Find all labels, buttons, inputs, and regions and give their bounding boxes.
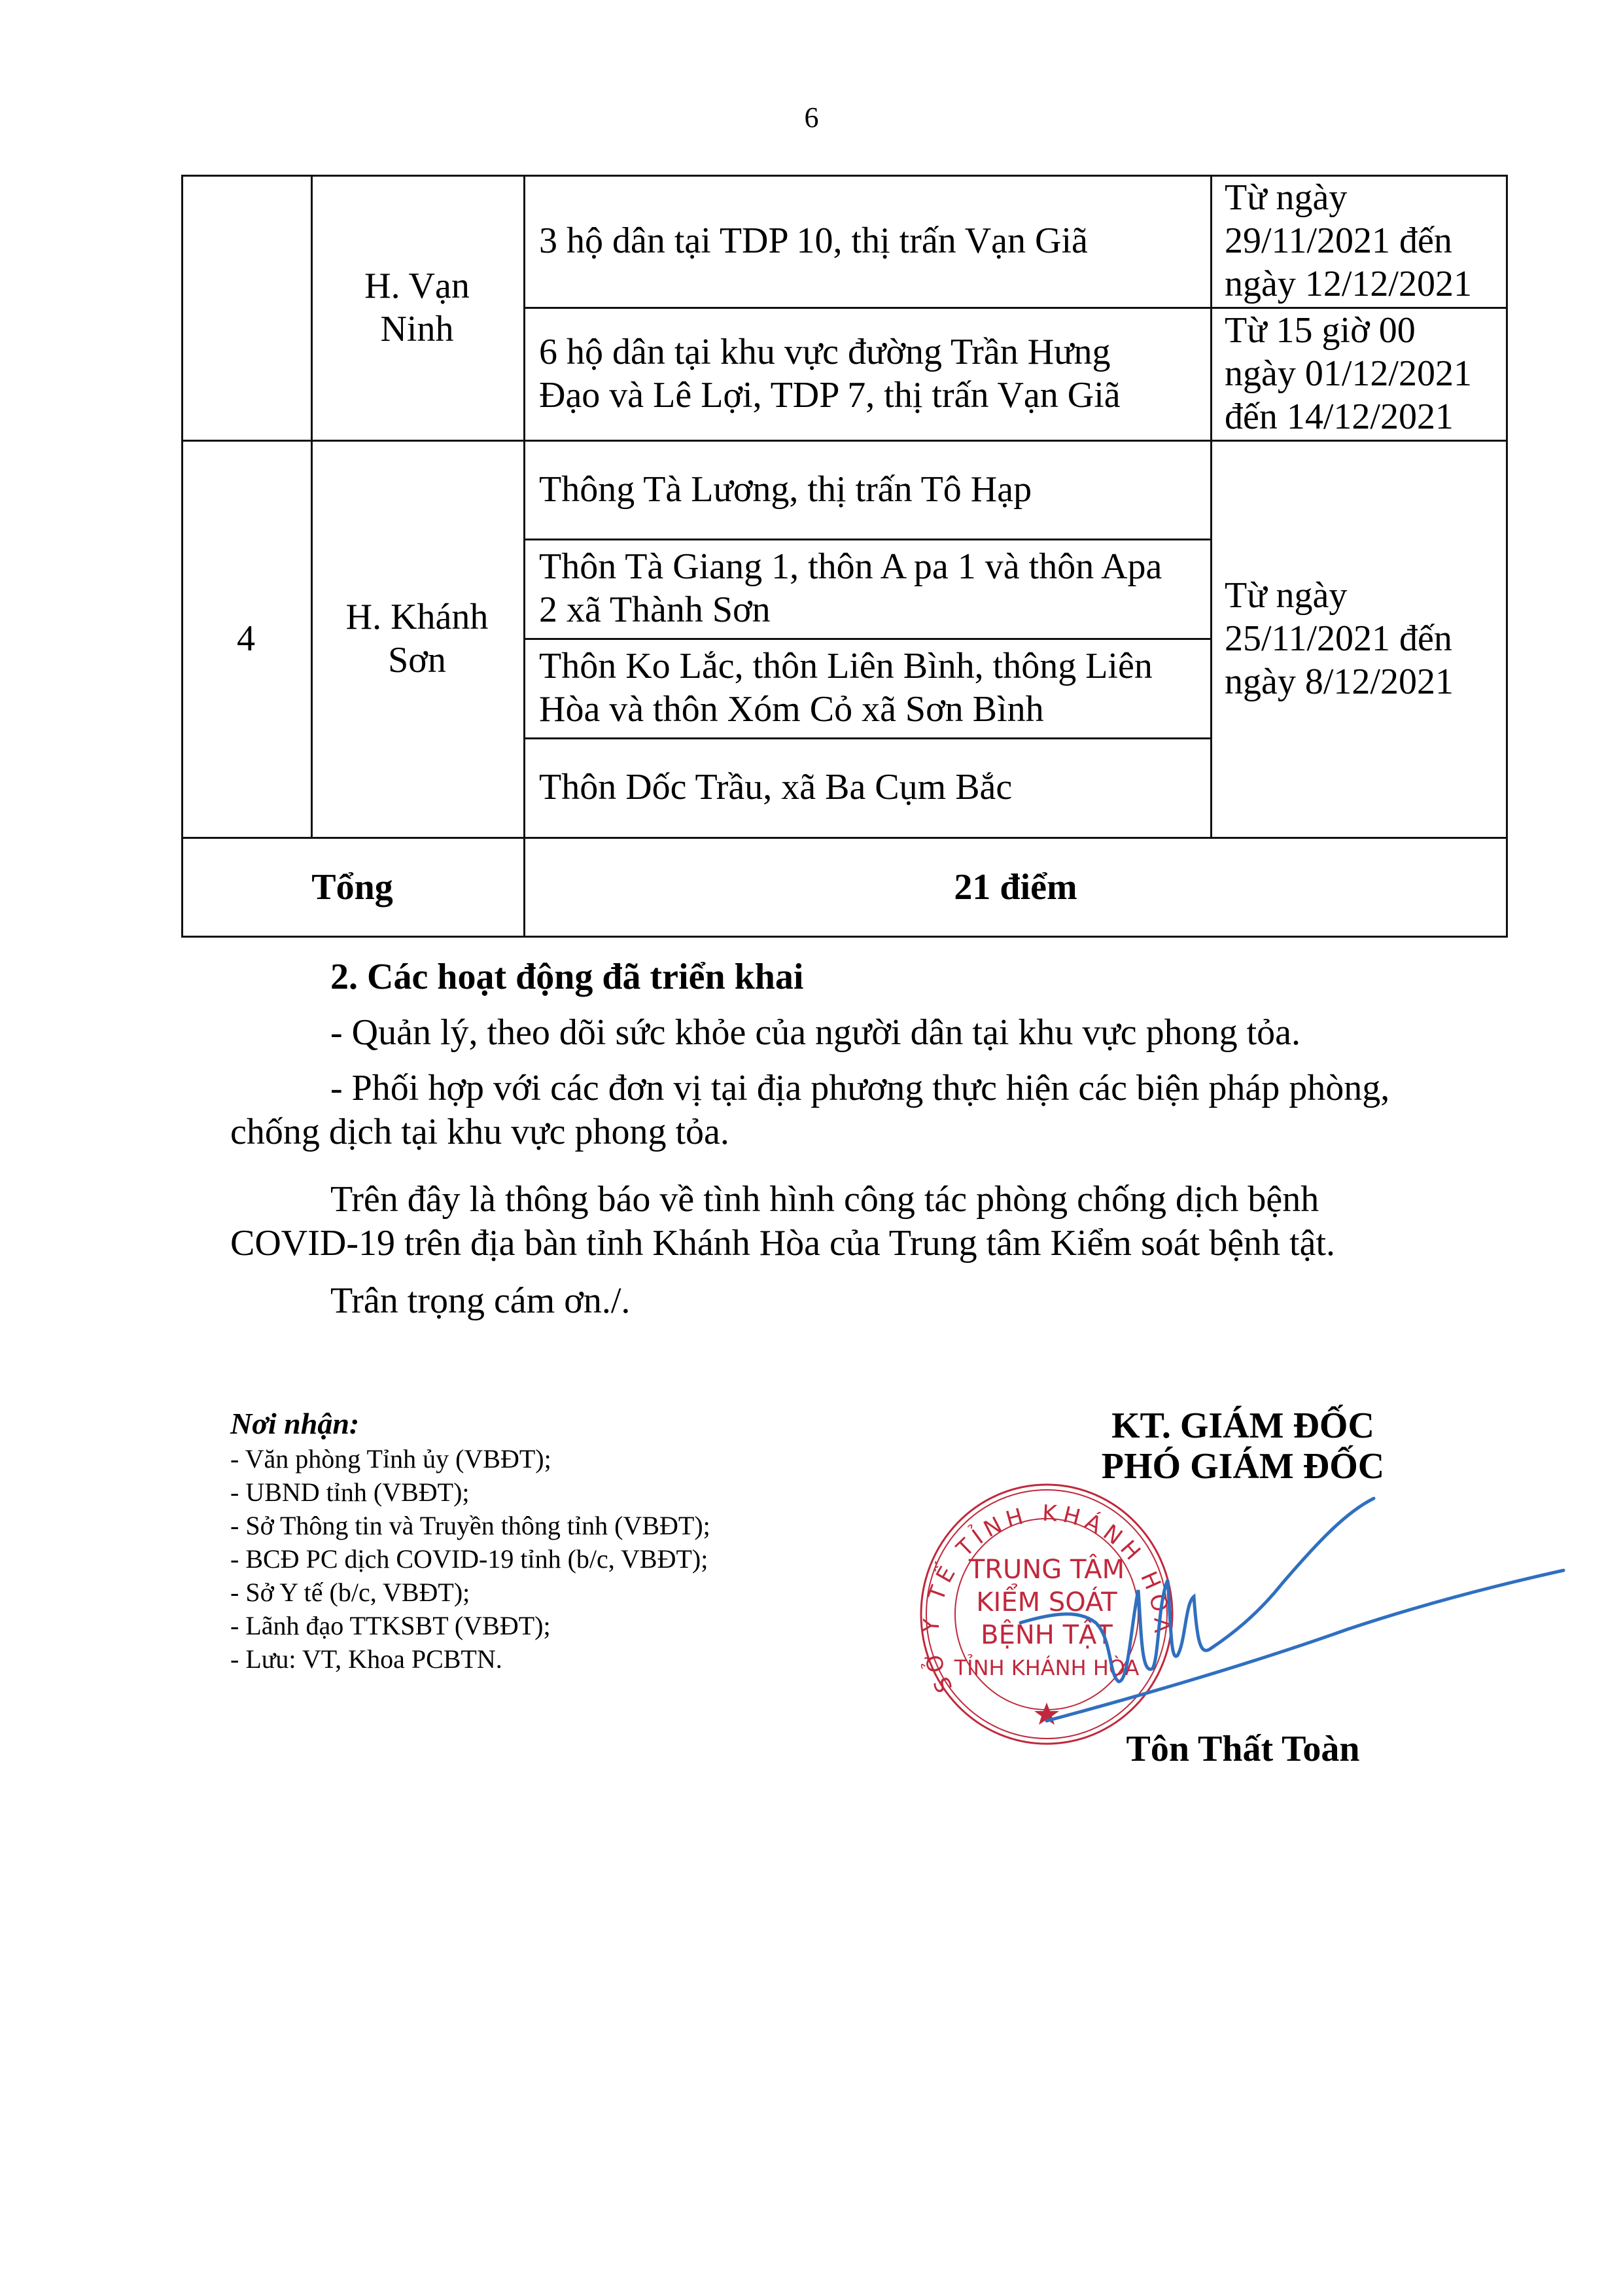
activity-item: - Phối hợp với các đơn vị tại địa phương… [330, 1067, 1389, 1110]
handwritten-signature-icon [981, 1485, 1583, 1760]
district-line: Ninh [364, 308, 470, 351]
section-heading: 2. Các hoạt động đã triển khai [330, 955, 803, 998]
period-line: ngày 12/12/2021 [1225, 262, 1472, 306]
district-line: H. Vạn [364, 264, 470, 308]
table-cell-district: H. KhánhSơn [311, 440, 523, 837]
location-line: 6 hộ dân tại khu vực đường Trần Hưng [539, 330, 1121, 374]
table-cell-period: Từ 15 giờ 00 ngày 01/12/2021 đến 14/12/2… [1210, 307, 1508, 440]
period-line: 25/11/2021 đến [1225, 617, 1454, 660]
location-line: 3 hộ dân tại TDP 10, thị trấn Vạn Giã [539, 219, 1088, 262]
recipient-item: - Sở Thông tin và Truyền thông tỉnh (VBĐ… [230, 1509, 710, 1542]
location-line: Đạo và Lê Lợi, TDP 7, thị trấn Vạn Giã [539, 374, 1121, 417]
district-line: Sơn [346, 639, 489, 682]
table-cell-location: Thôn Tà Giang 1, thôn A pa 1 và thôn Apa… [523, 539, 1210, 638]
lockdown-areas-table: H. VạnNinh 3 hộ dân tại TDP 10, thị trấn… [181, 175, 1508, 938]
table-cell-period: Từ ngày 29/11/2021 đến ngày 12/12/2021 [1210, 175, 1508, 307]
signature-title: KT. GIÁM ĐỐC [1047, 1405, 1439, 1446]
location-line: Thôn Dốc Trầu, xã Ba Cụm Bắc [539, 766, 1012, 809]
recipients-title: Nơi nhận: [230, 1405, 710, 1442]
total-value: 21 điểm [523, 837, 1508, 938]
period-line: đến 14/12/2021 [1225, 395, 1472, 438]
location-line: Thông Tà Lương, thị trấn Tô Hạp [539, 468, 1032, 511]
recipient-item: - BCĐ PC dịch COVID-19 tỉnh (b/c, VBĐT); [230, 1542, 710, 1576]
recipient-item: - Lưu: VT, Khoa PCBTN. [230, 1642, 710, 1676]
table-cell-location: 6 hộ dân tại khu vực đường Trần Hưng Đạo… [523, 307, 1210, 440]
table-cell-period: Từ ngày 25/11/2021 đến ngày 8/12/2021 [1210, 440, 1508, 837]
recipient-item: - Lãnh đạo TTKSBT (VBĐT); [230, 1609, 710, 1642]
recipient-item: - Văn phòng Tỉnh ủy (VBĐT); [230, 1442, 710, 1475]
closing-paragraph: Trên đây là thông báo về tình hình công … [330, 1178, 1319, 1221]
period-line: Từ ngày [1225, 176, 1472, 219]
location-line: Thôn Ko Lắc, thôn Liên Bình, thông Liên [539, 645, 1153, 688]
recipient-item: - UBND tỉnh (VBĐT); [230, 1475, 710, 1509]
table-cell-stt [181, 175, 311, 440]
signer-name: Tôn Thất Toàn [1079, 1727, 1406, 1771]
recipients-block: Nơi nhận: - Văn phòng Tỉnh ủy (VBĐT); - … [230, 1405, 710, 1676]
period-line: 29/11/2021 đến [1225, 219, 1472, 262]
closing-paragraph-continued: COVID-19 trên địa bàn tỉnh Khánh Hòa của… [230, 1222, 1335, 1265]
table-cell-stt: 4 [181, 440, 311, 837]
page-number: 6 [0, 98, 1623, 137]
closing-thanks: Trân trọng cám ơn./. [330, 1279, 630, 1322]
table-cell-location: 3 hộ dân tại TDP 10, thị trấn Vạn Giã [523, 175, 1210, 307]
location-line: 2 xã Thành Sơn [539, 588, 1162, 631]
period-line: Từ ngày [1225, 574, 1454, 617]
total-label: Tổng [181, 837, 523, 938]
table-cell-location: Thôn Ko Lắc, thôn Liên Bình, thông Liên … [523, 638, 1210, 737]
activity-item-continued: chống dịch tại khu vực phong tỏa. [230, 1110, 729, 1154]
location-line: Thôn Tà Giang 1, thôn A pa 1 và thôn Apa [539, 545, 1162, 588]
table-cell-location: Thôn Dốc Trầu, xã Ba Cụm Bắc [523, 737, 1210, 837]
activity-item: - Quản lý, theo dõi sức khỏe của người d… [330, 1011, 1300, 1054]
period-line: ngày 8/12/2021 [1225, 660, 1454, 703]
table-cell-location: Thông Tà Lương, thị trấn Tô Hạp [523, 440, 1210, 539]
period-line: Từ 15 giờ 00 [1225, 309, 1472, 352]
table-cell-district: H. VạnNinh [311, 175, 523, 440]
district-line: H. Khánh [346, 595, 489, 639]
recipient-item: - Sở Y tế (b/c, VBĐT); [230, 1576, 710, 1609]
location-line: Hòa và thôn Xóm Cỏ xã Sơn Bình [539, 688, 1153, 731]
period-line: ngày 01/12/2021 [1225, 352, 1472, 395]
